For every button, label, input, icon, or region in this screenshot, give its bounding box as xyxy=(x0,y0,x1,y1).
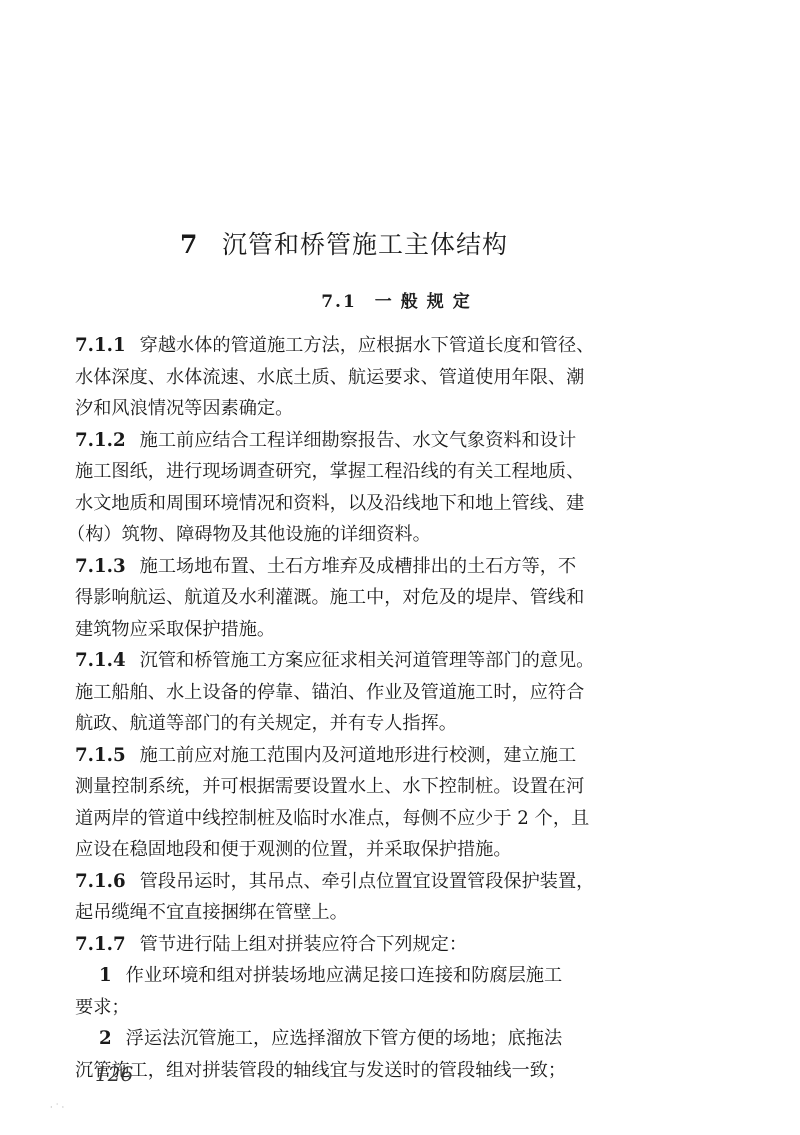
clause-text: 施工前应结合工程详细勘察报告、水文气象资料和设计 xyxy=(140,430,577,451)
item-text: 浮运法沉管施工，应选择溜放下管方便的场地；底拖法 xyxy=(126,1028,563,1049)
clause-text: 施工前应对施工范围内及河道地形进行校测，建立施工 xyxy=(140,745,577,766)
clause-text: 施工图纸，进行现场调查研究，掌握工程沿线的有关工程地质、 xyxy=(75,456,665,488)
clause-text: 沉管和桥管施工方案应征求相关河道管理等部门的意见。 xyxy=(140,650,595,671)
item-text: 沉管施工，组对拼装管段的轴线宜与发送时的管段轴线一致； xyxy=(75,1055,665,1087)
list-item: 1作业环境和组对拼装场地应满足接口连接和防腐层施工 要求； xyxy=(75,960,665,1023)
clause-text: 水体深度、水体流速、水底土质、航运要求、管道使用年限、潮 xyxy=(75,362,665,394)
clause-7-1-3: 7.1.3施工场地布置、土石方堆弃及成槽排出的土石方等，不 得影响航运、航道及水… xyxy=(75,551,665,646)
clause-text: 建筑物应采取保护措施。 xyxy=(75,614,665,646)
clause-number: 7.1.4 xyxy=(75,650,126,671)
clause-number: 7.1.2 xyxy=(75,430,126,451)
clause-number: 7.1.6 xyxy=(75,871,126,892)
clause-7-1-2: 7.1.2施工前应结合工程详细勘察报告、水文气象资料和设计 施工图纸，进行现场调… xyxy=(75,425,665,551)
list-item: 2浮运法沉管施工，应选择溜放下管方便的场地；底拖法 沉管施工，组对拼装管段的轴线… xyxy=(75,1023,665,1086)
clause-text: 测量控制系统，并可根据需要设置水上、水下控制桩。设置在河 xyxy=(75,771,665,803)
document-body: 7.1.1穿越水体的管道施工方法，应根据水下管道长度和管径、 水体深度、水体流速… xyxy=(75,330,665,1086)
clause-text: 道两岸的管道中线控制桩及临时水准点，每侧不应少于 2 个，且 xyxy=(75,803,665,835)
clause-text: 施工场地布置、土石方堆弃及成槽排出的土石方等，不 xyxy=(140,556,577,577)
section-title: 7.1一般规定 xyxy=(0,287,800,312)
clause-text: 应设在稳固地段和便于观测的位置，并采取保护措施。 xyxy=(75,834,665,866)
clause-number: 7.1.1 xyxy=(75,335,126,356)
chapter-number: 7 xyxy=(180,230,222,259)
clause-text: 起吊缆绳不宜直接捆绑在管壁上。 xyxy=(75,897,665,929)
clause-text: 水文地质和周围环境情况和资料，以及沿线地下和地上管线、建 xyxy=(75,488,665,520)
item-number: 2 xyxy=(99,1028,112,1049)
item-text: 要求； xyxy=(75,992,665,1024)
chapter-title: 7沉管和桥管施工主体结构 xyxy=(180,225,508,261)
section-title-text: 一般规定 xyxy=(375,292,479,312)
clause-text: 航政、航道等部门的有关规定，并有专人指挥。 xyxy=(75,708,665,740)
scan-artifact: · ˙ · xyxy=(50,1103,64,1112)
clause-number: 7.1.7 xyxy=(75,934,126,955)
clause-text: 管段吊运时，其吊点、牵引点位置宜设置管段保护装置， xyxy=(140,871,595,892)
section-number: 7.1 xyxy=(321,292,357,312)
clause-text: 施工船舶、水上设备的停靠、锚泊、作业及管道施工时，应符合 xyxy=(75,677,665,709)
clause-text: （构）筑物、障碍物及其他设施的详细资料。 xyxy=(67,519,665,551)
document-page: 7沉管和桥管施工主体结构 7.1一般规定 7.1.1穿越水体的管道施工方法，应根… xyxy=(0,0,800,1135)
clause-text: 汐和风浪情况等因素确定。 xyxy=(75,393,665,425)
page-number: 126 xyxy=(95,1062,133,1086)
chapter-title-text: 沉管和桥管施工主体结构 xyxy=(222,230,508,259)
clause-number: 7.1.3 xyxy=(75,556,126,577)
clause-7-1-7: 7.1.7管节进行陆上组对拼装应符合下列规定： 1作业环境和组对拼装场地应满足接… xyxy=(75,929,665,1087)
clause-7-1-6: 7.1.6管段吊运时，其吊点、牵引点位置宜设置管段保护装置， 起吊缆绳不宜直接捆… xyxy=(75,866,665,929)
clause-7-1-1: 7.1.1穿越水体的管道施工方法，应根据水下管道长度和管径、 水体深度、水体流速… xyxy=(75,330,665,425)
item-text: 作业环境和组对拼装场地应满足接口连接和防腐层施工 xyxy=(126,965,563,986)
item-number: 1 xyxy=(99,965,112,986)
clause-7-1-5: 7.1.5施工前应对施工范围内及河道地形进行校测，建立施工 测量控制系统，并可根… xyxy=(75,740,665,866)
clause-text: 穿越水体的管道施工方法，应根据水下管道长度和管径、 xyxy=(140,335,595,356)
clause-7-1-4: 7.1.4沉管和桥管施工方案应征求相关河道管理等部门的意见。 施工船舶、水上设备… xyxy=(75,645,665,740)
clause-text: 得影响航运、航道及水利灌溉。施工中，对危及的堤岸、管线和 xyxy=(75,582,665,614)
clause-number: 7.1.5 xyxy=(75,745,126,766)
clause-text: 管节进行陆上组对拼装应符合下列规定： xyxy=(140,934,467,955)
